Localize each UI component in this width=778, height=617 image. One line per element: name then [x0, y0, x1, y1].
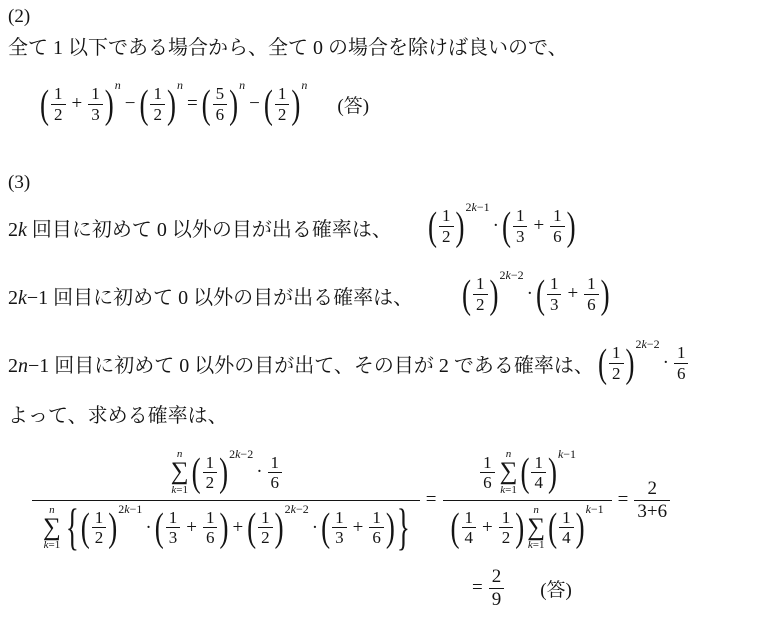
right-paren: ) [567, 206, 576, 247]
simplified-ratio: 16 n∑k=1 ( 14 ) k−1 ( 14 + 12 ) n∑k=1 [443, 449, 612, 551]
fraction-numerator: 2 [645, 478, 661, 499]
fraction-numerator: 1 [150, 84, 165, 103]
fraction-numerator: 1 [609, 343, 624, 362]
sum-index-rest: =1 [176, 484, 188, 496]
paren-group: ( 13 + 16 ) [502, 206, 576, 245]
plus-operator: + [529, 215, 548, 237]
fraction-numerator: 2 [489, 566, 505, 587]
sum-lower-limit: k=1 [500, 485, 517, 496]
fraction-denominator: 2 [51, 104, 66, 124]
plus-operator: + [228, 517, 247, 539]
fraction-denominator: 4 [531, 472, 546, 492]
cdot-operator: · [660, 352, 672, 374]
exponent-n: n [115, 79, 121, 91]
fraction-denominator: 6 [584, 294, 599, 314]
summation: n∑k=1 [43, 505, 61, 552]
fraction-denominator: 2 [150, 104, 165, 124]
right-paren: ) [456, 206, 465, 247]
section2-answer-label: (答) [337, 91, 369, 118]
line-2k-1-jp: 回目に初めて 0 以外の目が出る確率は、 [48, 287, 413, 309]
line-2k-1-text: 2k−1 回目に初めて 0 以外の目が出る確率は、 [8, 286, 413, 311]
paren-group: ( 14 ) k−1 [520, 453, 576, 492]
paren-group: ( 12 ) n [139, 84, 183, 123]
right-paren: ) [386, 508, 395, 549]
fraction-numerator: 1 [92, 508, 107, 527]
fraction: 13 [547, 274, 562, 313]
paren-group: ( 56 ) n [202, 84, 246, 123]
fraction-numerator: 1 [550, 206, 565, 225]
exponent-2k-2: 2k−2 [229, 448, 253, 460]
fraction-denominator: 2 [258, 527, 273, 547]
summation: n∑k=1 [500, 449, 518, 496]
right-paren: ) [548, 452, 557, 493]
left-paren: ( [81, 508, 90, 549]
exponent-k-1: k−1 [586, 503, 604, 515]
right-brace: } [397, 502, 410, 553]
exp-rest: −1 [477, 200, 490, 214]
paren-group: ( 14 ) k−1 [548, 508, 604, 547]
final-fraction: 29 [489, 566, 505, 610]
fraction: 16 [674, 343, 689, 382]
fraction-denominator: 6 [268, 472, 283, 492]
fraction: 16 [369, 508, 384, 547]
fraction: 12 [150, 84, 165, 123]
fraction-numerator: 1 [513, 206, 528, 225]
fraction-denominator: 2 [473, 294, 488, 314]
fraction-denominator: 2 [499, 527, 514, 547]
right-paren: ) [105, 84, 114, 125]
big-denominator: ( 14 + 12 ) n∑k=1 ( 14 ) k−1 [443, 500, 612, 552]
fraction: 12 [499, 508, 514, 547]
sum-index-rest: =1 [505, 484, 517, 496]
fraction-numerator: 1 [473, 274, 488, 293]
line-2k-1-formula: ( 12 ) 2k−2 · ( 13 + 16 ) [462, 268, 610, 320]
big-numerator: n∑k=1 ( 12 ) 2k−2 · 16 [160, 449, 292, 500]
fraction-numerator: 1 [369, 508, 384, 527]
line-2n-1-jp: 回目に初めて 0 以外の目が出て、その目が 2 である確率は、 [49, 355, 594, 377]
right-paren: ) [108, 508, 117, 549]
fraction-numerator: 1 [258, 508, 273, 527]
cdot-operator: · [253, 461, 265, 483]
paren-group: ( 13 + 16 ) [536, 274, 610, 313]
paren-group: ( 12 ) 2k−2 [192, 453, 254, 492]
cdot-operator: · [309, 517, 321, 539]
section3-answer-label: (答) [540, 575, 572, 602]
fraction: 56 [213, 84, 228, 123]
fraction: 12 [51, 84, 66, 123]
fraction: 12 [473, 274, 488, 313]
fraction: 16 [584, 274, 599, 313]
left-paren: ( [598, 343, 607, 384]
left-paren: ( [451, 508, 460, 549]
exponent-2k-2: 2k−2 [500, 269, 524, 281]
sum-lower-limit: k=1 [44, 540, 61, 551]
exponent-2k-2: 2k−2 [285, 503, 309, 515]
exponent-n: n [239, 79, 245, 91]
right-paren: ) [167, 84, 176, 125]
exp-rest: −1 [591, 502, 604, 516]
line-2k-formula: ( 12 ) 2k−1 · ( 13 + 16 ) [428, 200, 576, 252]
sum-index-rest: =1 [49, 539, 61, 551]
fraction-denominator: 3 [88, 104, 103, 124]
sigma-icon: ∑ [43, 517, 61, 540]
minus-operator: − [245, 93, 264, 115]
sigma-icon: ∑ [171, 461, 189, 484]
left-paren: ( [536, 274, 545, 315]
fraction-denominator: 6 [369, 527, 384, 547]
fraction-denominator: 3 [166, 527, 181, 547]
right-paren: ) [490, 274, 499, 315]
left-paren: ( [202, 84, 211, 125]
sigma-icon: ∑ [527, 517, 545, 540]
paren-group: ( 14 + 12 ) [451, 508, 525, 547]
fraction-denominator: 3 [513, 226, 528, 246]
math-var: k [18, 219, 27, 241]
fraction-numerator: 1 [268, 453, 283, 472]
summation: n∑k=1 [171, 449, 189, 496]
line-2n-1-text: 2n−1 回目に初めて 0 以外の目が出て、その目が 2 である確率は、 [8, 354, 594, 379]
sum-lower-limit: k=1 [171, 485, 188, 496]
exp-rest: −2 [240, 447, 253, 461]
fraction-numerator: 1 [51, 84, 66, 103]
exponent-2k-1: 2k−1 [118, 503, 142, 515]
fraction-denominator: 6 [550, 226, 565, 246]
sum-lower-limit: k=1 [528, 540, 545, 551]
paren-group: ( 12 ) n [264, 84, 308, 123]
math-rest: −1 [28, 355, 49, 377]
plus-operator: + [182, 517, 201, 539]
ratio-of-sums: n∑k=1 ( 12 ) 2k−2 · 16 n∑k=1 { ( 12 ) 2k… [32, 449, 420, 551]
left-brace: { [66, 502, 79, 553]
exp-rest: −2 [511, 268, 524, 282]
fraction-numerator: 1 [88, 84, 103, 103]
left-paren: ( [321, 508, 330, 549]
fraction-denominator: 6 [203, 527, 218, 547]
fraction-numerator: 1 [531, 453, 546, 472]
section3-label: (3) [8, 172, 30, 194]
cdot-operator: · [524, 283, 536, 305]
exp-rest: −2 [647, 337, 660, 351]
sigma-icon: ∑ [500, 461, 518, 484]
exponent-k-1: k−1 [558, 448, 576, 460]
fraction: 12 [439, 206, 454, 245]
fraction-numerator: 1 [203, 508, 218, 527]
left-paren: ( [40, 84, 49, 125]
fraction: 16 [480, 453, 495, 492]
cdot-operator: · [490, 215, 502, 237]
paren-group: ( 12 ) 2k−1 [81, 508, 143, 547]
fraction: 13 [513, 206, 528, 245]
plus-operator: + [349, 517, 368, 539]
exponent-2k-1: 2k−1 [466, 201, 490, 213]
conclusion-text: よって、求める確率は、 [8, 404, 228, 429]
math-rest: −1 [27, 287, 48, 309]
big-denominator: n∑k=1 { ( 12 ) 2k−1 · ( 13 + 16 ) + [32, 500, 420, 552]
result-fraction: 23+6 [634, 478, 670, 522]
fraction: 13 [88, 84, 103, 123]
fraction-denominator: 2 [609, 363, 624, 383]
right-paren: ) [229, 84, 238, 125]
fraction-numerator: 1 [559, 508, 574, 527]
right-paren: ) [515, 508, 524, 549]
fraction-denominator: 2 [92, 527, 107, 547]
fraction-numerator: 1 [166, 508, 181, 527]
fraction: 14 [531, 453, 546, 492]
math-coef: 2 [8, 287, 18, 309]
fraction-denominator: 6 [213, 104, 228, 124]
left-paren: ( [520, 452, 529, 493]
cdot-operator: · [142, 517, 154, 539]
math-coef: 2 [8, 219, 18, 241]
fraction-denominator: 6 [674, 363, 689, 383]
fraction-numerator: 1 [462, 508, 477, 527]
left-paren: ( [548, 508, 557, 549]
line-2k-jp: 回目に初めて 0 以外の目が出る確率は、 [27, 219, 392, 241]
left-paren: ( [502, 206, 511, 247]
line-2n-1-formula: ( 12 ) 2k−2 · 16 [598, 337, 690, 389]
section2-formula: ( 12 + 13 ) n − ( 12 ) n = ( 56 ) n − ( … [40, 78, 369, 130]
fraction-numerator: 5 [213, 84, 228, 103]
fraction: 12 [203, 453, 218, 492]
exp-rest: −1 [563, 447, 576, 461]
fraction-denominator: 3 [332, 527, 347, 547]
fraction: 14 [559, 508, 574, 547]
paren-group: ( 12 ) 2k−2 [462, 274, 524, 313]
fraction-numerator: 1 [547, 274, 562, 293]
left-paren: ( [155, 508, 164, 549]
fraction: 16 [203, 508, 218, 547]
main-equation: n∑k=1 ( 12 ) 2k−2 · 16 n∑k=1 { ( 12 ) 2k… [30, 432, 778, 568]
math-var: k [18, 287, 27, 309]
right-paren: ) [219, 508, 228, 549]
fraction-numerator: 1 [439, 206, 454, 225]
fraction-numerator: 1 [275, 84, 290, 103]
fraction-numerator: 1 [499, 508, 514, 527]
paren-group: ( 13 + 16 ) [155, 508, 229, 547]
right-paren: ) [626, 343, 635, 384]
equals-operator: = [468, 577, 487, 599]
exp-rest: −2 [296, 502, 309, 516]
math-coef: 2 [8, 355, 18, 377]
exp-rest: −1 [130, 502, 143, 516]
fraction: 16 [550, 206, 565, 245]
plus-operator: + [68, 93, 87, 115]
fraction-denominator: 4 [462, 527, 477, 547]
right-paren: ) [219, 452, 228, 493]
right-paren: ) [576, 508, 585, 549]
final-answer-line: = 29 (答) [468, 564, 572, 612]
paren-group: ( 12 ) 2k−1 [428, 206, 490, 245]
section2-intro-text: 全て 1 以下である場合から、全て 0 の場合を除けば良いので、 [8, 36, 568, 61]
math-var: n [18, 355, 28, 377]
fraction-numerator: 1 [480, 453, 495, 472]
paren-group: ( 12 + 13 ) n [40, 84, 121, 123]
fraction-denominator: 6 [480, 472, 495, 492]
left-paren: ( [247, 508, 256, 549]
line-2k-text: 2k 回目に初めて 0 以外の目が出る確率は、 [8, 218, 392, 243]
fraction-denominator: 3 [547, 294, 562, 314]
fraction-numerator: 1 [203, 453, 218, 472]
right-paren: ) [291, 84, 300, 125]
left-paren: ( [192, 452, 201, 493]
paren-group: ( 12 ) 2k−2 [598, 343, 660, 382]
fraction: 14 [462, 508, 477, 547]
exponent-n: n [177, 79, 183, 91]
section2-label: (2) [8, 6, 30, 28]
fraction: 12 [609, 343, 624, 382]
exponent-2k-2: 2k−2 [636, 338, 660, 350]
fraction-numerator: 1 [674, 343, 689, 362]
sum-index-rest: =1 [533, 539, 545, 551]
fraction: 13 [166, 508, 181, 547]
exponent-n: n [301, 79, 307, 91]
left-paren: ( [462, 274, 471, 315]
fraction-denominator: 3+6 [634, 500, 670, 522]
fraction: 16 [268, 453, 283, 492]
plus-operator: + [563, 283, 582, 305]
fraction: 12 [92, 508, 107, 547]
fraction: 12 [275, 84, 290, 123]
fraction-denominator: 9 [489, 588, 505, 610]
fraction-numerator: 1 [332, 508, 347, 527]
left-paren: ( [264, 84, 273, 125]
fraction-denominator: 2 [203, 472, 218, 492]
left-paren: ( [428, 206, 437, 247]
right-paren: ) [601, 274, 610, 315]
right-paren: ) [275, 508, 284, 549]
big-numerator: 16 n∑k=1 ( 14 ) k−1 [470, 449, 584, 500]
plus-operator: + [478, 517, 497, 539]
fraction-numerator: 1 [584, 274, 599, 293]
fraction-denominator: 2 [275, 104, 290, 124]
summation: n∑k=1 [527, 505, 545, 552]
fraction: 12 [258, 508, 273, 547]
fraction-denominator: 2 [439, 226, 454, 246]
minus-operator: − [121, 93, 140, 115]
equals-operator: = [614, 489, 633, 511]
solution-page: (2) 全て 1 以下である場合から、全て 0 の場合を除けば良いので、 ( 1… [0, 0, 778, 617]
equals-operator: = [422, 489, 441, 511]
fraction: 13 [332, 508, 347, 547]
left-paren: ( [139, 84, 148, 125]
equals-operator: = [183, 93, 202, 115]
paren-group: ( 12 ) 2k−2 [247, 508, 309, 547]
fraction-denominator: 4 [559, 527, 574, 547]
paren-group: ( 13 + 16 ) [321, 508, 395, 547]
